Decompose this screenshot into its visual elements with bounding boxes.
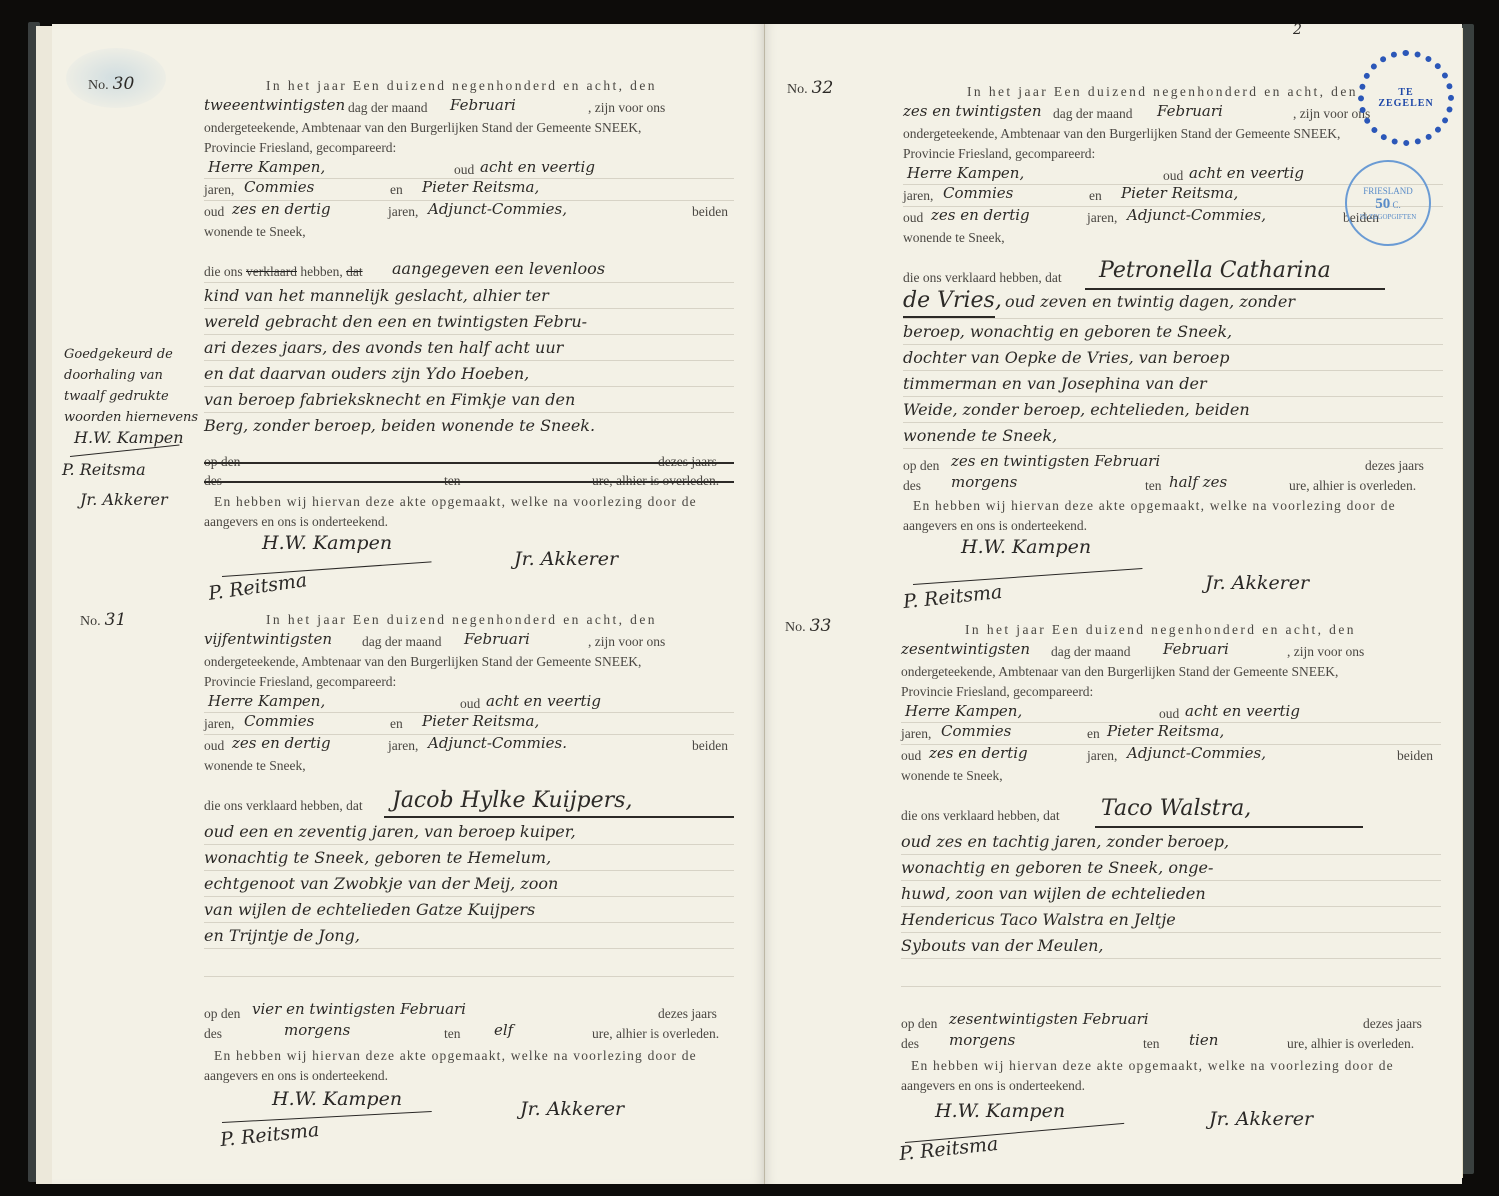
act-32: No.32 In het jaar Een duizend negenhonde…	[765, 24, 1462, 594]
body-line: en dat daarvan ouders zijn Ydo Hoeben,	[204, 364, 529, 383]
signature-kampen: H.W. Kampen	[961, 536, 1091, 558]
signature-akkerer: Jr. Akkerer	[1205, 572, 1309, 594]
declarant2-occupation: Adjunct-Commies,	[428, 200, 567, 218]
signature-akkerer: Jr. Akkerer	[514, 548, 618, 570]
book-cover-right-edge	[1462, 24, 1474, 1174]
te-zegelen-stamp: TE ZEGELEN	[1358, 50, 1454, 146]
deceased-name: Taco Walstra,	[1101, 796, 1251, 821]
friesland-revenue-stamp: FRIESLAND 50 C. IN ZEGOPGIFTEN	[1345, 160, 1431, 246]
act-30: No.30 In het jaar Een duizend negenhonde…	[52, 24, 764, 584]
declarant2-age: zes en dertig	[232, 200, 331, 218]
declaration-line: die ons verklaard hebben, dat	[204, 262, 363, 282]
day-written: tweeentwintigsten	[204, 96, 345, 114]
intro-line: In het jaar Een duizend negenhonderd en …	[266, 76, 657, 96]
declarant2-name: Pieter Reitsma,	[422, 178, 539, 196]
struck-out-line	[204, 481, 734, 483]
signature-kampen: H.W. Kampen	[935, 1100, 1065, 1122]
body-line: wereld gebracht den een en twintigsten F…	[204, 312, 587, 331]
margin-signature-reitsma: P. Reitsma	[62, 460, 146, 479]
declarant1-name: Herre Kampen,	[208, 158, 325, 176]
act-number: No.30	[88, 74, 134, 94]
act-number: No.32	[787, 78, 833, 98]
act-number: No.33	[785, 616, 831, 636]
deceased-name: Petronella Catharina	[1099, 258, 1331, 283]
body-line: van beroep fabrieksknecht en Fimkje van …	[204, 390, 575, 409]
signature-kampen: H.W. Kampen	[272, 1088, 402, 1110]
signature-reitsma: P. Reitsma	[898, 1133, 999, 1165]
act-31: No.31 In het jaar Een duizend negenhonde…	[52, 584, 764, 1184]
signature-reitsma: P. Reitsma	[219, 1119, 320, 1151]
act-number: No.31	[80, 610, 126, 630]
deceased-name-line2: de Vries,	[903, 288, 1002, 313]
act-33: No.33 In het jaar Een duizend negenhonde…	[765, 594, 1462, 1184]
body-line: ari dezes jaars, des avonds ten half ach…	[204, 338, 563, 357]
struck-out-line	[204, 462, 734, 464]
signature-akkerer: Jr. Akkerer	[1209, 1108, 1313, 1130]
body-line: aangegeven een levenloos	[392, 259, 605, 278]
left-page: No.30 In het jaar Een duizend negenhonde…	[52, 24, 765, 1184]
declarant1-age: acht en veertig	[480, 158, 595, 176]
month: Februari	[450, 96, 516, 114]
deceased-name: Jacob Hylke Kuijpers,	[392, 788, 632, 813]
margin-signature-kampen: H.W. Kampen	[74, 428, 184, 447]
body-line: kind van het mannelijk geslacht, alhier …	[204, 286, 549, 305]
body-line: Berg, zonder beroep, beiden wonende te S…	[204, 416, 595, 435]
margin-signature-akkerer: Jr. Akkerer	[80, 490, 168, 509]
signature-akkerer: Jr. Akkerer	[520, 1098, 624, 1120]
margin-note: Goedgekeurd de doorhaling van twaalf ged…	[64, 344, 198, 428]
declarant1-occupation: Commies	[244, 178, 314, 196]
signature-kampen: H.W. Kampen	[262, 532, 392, 554]
